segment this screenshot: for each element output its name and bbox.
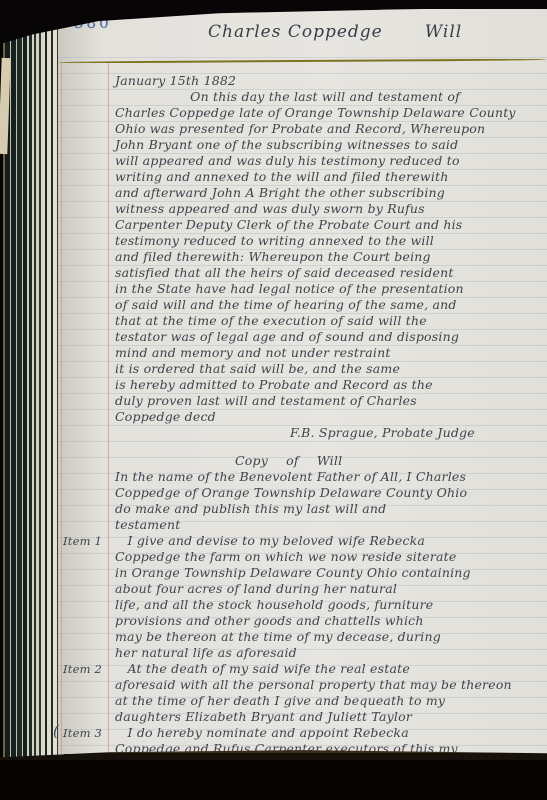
red-margin-line xyxy=(108,61,109,754)
will-opening-line: In the name of the Benevolent Father of … xyxy=(115,469,542,485)
will-item-line: Coppedge the farm on which we now reside… xyxy=(115,549,542,565)
handwritten-content: January 15th 1882 On this day the last w… xyxy=(115,73,542,757)
title-document-type: Will xyxy=(425,22,463,42)
item-3-brace-mark: ( xyxy=(53,722,59,740)
ledger-scan: 380 Charles Coppedge Will January 15th 1… xyxy=(0,0,547,800)
will-section-heading: Copy of Will xyxy=(115,453,542,469)
will-item-line: I give and devise to my beloved wife Reb… xyxy=(115,533,542,549)
will-item-line: may be thereon at the time of my decease… xyxy=(115,629,542,645)
record-line: mind and memory and not under restraint xyxy=(115,345,542,361)
will-opening-line: do make and publish this my last will an… xyxy=(115,501,542,517)
record-line: and afterward John A Bright the other su… xyxy=(115,185,542,201)
record-line: testator was of legal age and of sound a… xyxy=(115,329,542,345)
will-opening-line: Coppedge of Orange Township Delaware Cou… xyxy=(115,485,542,501)
record-line: is hereby admitted to Probate and Record… xyxy=(115,377,542,393)
ledger-page: 380 Charles Coppedge Will January 15th 1… xyxy=(58,9,547,754)
record-line: John Bryant one of the subscribing witne… xyxy=(115,137,542,153)
record-line: duly proven last will and testament of C… xyxy=(115,393,542,409)
record-line: satisfied that all the heirs of said dec… xyxy=(115,265,542,281)
record-line: Charles Coppedge late of Orange Township… xyxy=(115,105,542,121)
will-item-1: Item 1 I give and devise to my beloved w… xyxy=(115,533,542,661)
record-line: of said will and the time of hearing of … xyxy=(115,297,542,313)
record-line: January 15th 1882 xyxy=(115,73,542,89)
item-2-margin-label: Item 2 xyxy=(63,661,111,677)
item-3-margin-label: Item 3 xyxy=(63,725,111,741)
record-line: Ohio was presented for Probate and Recor… xyxy=(115,121,542,137)
will-item-line: daughters Elizabeth Bryant and Juliett T… xyxy=(115,709,542,725)
will-item-line: her natural life as aforesaid xyxy=(115,645,542,661)
will-item-line: life, and all the stock household goods,… xyxy=(115,597,542,613)
record-line: that at the time of the execution of sai… xyxy=(115,313,542,329)
will-item-2: Item 2 At the death of my said wife the … xyxy=(115,661,542,725)
will-opening-line: testament xyxy=(115,517,542,533)
probate-record-section: January 15th 1882 On this day the last w… xyxy=(115,73,542,425)
item-2-lines: At the death of my said wife the real es… xyxy=(115,661,542,725)
book-edge-bottom xyxy=(0,748,547,800)
will-opening-paragraph: In the name of the Benevolent Father of … xyxy=(115,469,542,533)
item-1-margin-label: Item 1 xyxy=(63,533,111,549)
will-item-line: I do hereby nominate and appoint Rebecka xyxy=(115,725,542,741)
record-line: testimony reduced to writing annexed to … xyxy=(115,233,542,249)
record-line: in the State have had legal notice of th… xyxy=(115,281,542,297)
document-title: Charles Coppedge Will xyxy=(208,22,462,42)
record-line: witness appeared and was duly sworn by R… xyxy=(115,201,542,217)
record-line: writing and annexed to the will and file… xyxy=(115,169,542,185)
record-line: Carpenter Deputy Clerk of the Probate Co… xyxy=(115,217,542,233)
will-item-line: at the time of her death I give and bequ… xyxy=(115,693,542,709)
inner-margin-line xyxy=(61,61,62,754)
record-line: will appeared and was duly his testimony… xyxy=(115,153,542,169)
judge-signature: F.B. Sprague, Probate Judge xyxy=(115,425,542,441)
book-page-edges xyxy=(0,8,64,770)
record-line: Coppedge decd xyxy=(115,409,542,425)
title-testator-name: Charles Coppedge xyxy=(208,22,383,42)
will-item-line: about four acres of land during her natu… xyxy=(115,581,542,597)
will-item-line: At the death of my said wife the real es… xyxy=(115,661,542,677)
record-line: and filed therewith: Whereupon the Court… xyxy=(115,249,542,265)
will-item-line: aforesaid with all the personal property… xyxy=(115,677,542,693)
will-item-line: provisions and other goods and chattells… xyxy=(115,613,542,629)
record-line: it is ordered that said will be, and the… xyxy=(115,361,542,377)
item-1-lines: I give and devise to my beloved wife Reb… xyxy=(115,533,542,661)
will-item-line: in Orange Township Delaware County Ohio … xyxy=(115,565,542,581)
record-line: On this day the last will and testament … xyxy=(115,89,542,105)
